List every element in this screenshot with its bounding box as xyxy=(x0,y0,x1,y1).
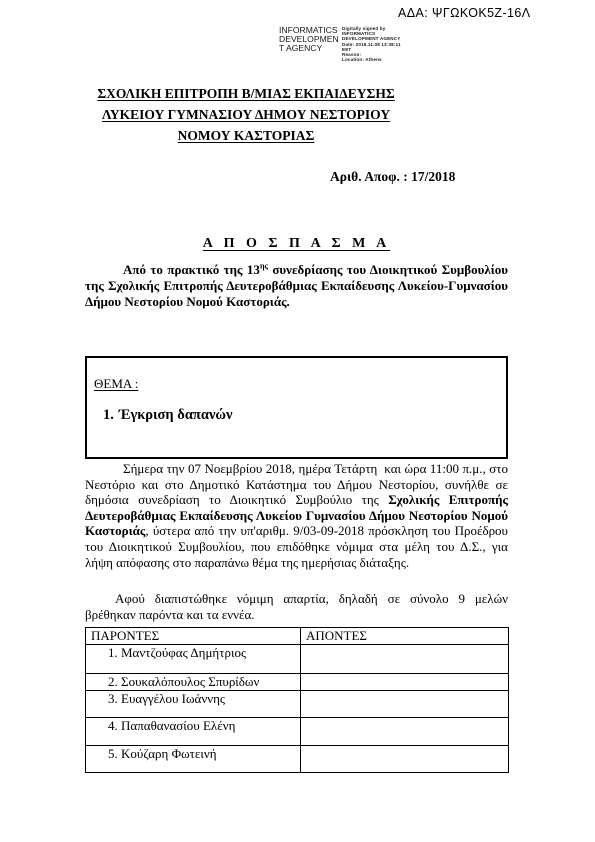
present-member-cell: 5. Κούζαρη Φωτεινή xyxy=(86,746,301,773)
attendance-row: 1. Μαντζούφας Δημήτριος xyxy=(86,645,509,674)
present-member-cell: 2. Σουκαλόπουλος Σπυρίδων xyxy=(86,674,301,691)
absent-member-cell xyxy=(301,746,509,773)
attendance-row: 3. Ευαγγέλου Ιωάννης xyxy=(86,691,509,718)
section-title: Α Π Ο Σ Π Α Σ Μ Α xyxy=(85,236,508,252)
present-column-header: ΠΑΡΟΝΤΕΣ xyxy=(86,628,301,645)
attendance-header-row: ΠΑΡΟΝΤΕΣ ΑΠΟΝΤΕΣ xyxy=(86,628,509,645)
attendance-row: 2. Σουκαλόπουλος Σπυρίδων xyxy=(86,674,509,691)
absent-member-cell xyxy=(301,718,509,746)
subject-box: ΘΕΜΑ : 1.Έγκριση δαπανών xyxy=(85,356,508,459)
absent-member-cell xyxy=(301,691,509,718)
ada-label: ΑΔΑ: xyxy=(398,6,428,20)
subject-item-number: 1. xyxy=(103,407,114,423)
attendance-row: 5. Κούζαρη Φωτεινή xyxy=(86,746,509,773)
stamp-signature-details: Digitally signed byINFORMATICSDEVELOPMEN… xyxy=(342,26,401,62)
excerpt-intro-paragraph: Από το πρακτικό της 13ης συνεδρίασης του… xyxy=(85,262,508,311)
attendance-table: ΠΑΡΟΝΤΕΣ ΑΠΟΝΤΕΣ 1. Μαντζούφας Δημήτριος… xyxy=(85,627,509,773)
organisation-header: ΣΧΟΛΙΚΗ ΕΠΙΤΡΟΠΗ Β/ΜΙΑΣ ΕΚΠΑΙΔΕΥΣΗΣ ΛΥΚΕ… xyxy=(80,83,412,146)
present-member-cell: 3. Ευαγγέλου Ιωάννης xyxy=(86,691,301,718)
absent-column-header: ΑΠΟΝΤΕΣ xyxy=(301,628,509,645)
absent-member-cell xyxy=(301,645,509,674)
document-page: ΑΔΑ: ΨΓΩΚΟΚ5Ζ-16Λ INFORMATICSDEVELOPMENT… xyxy=(0,0,595,842)
absent-member-cell xyxy=(301,674,509,691)
ada-code: ΨΓΩΚΟΚ5Ζ-16Λ xyxy=(432,6,531,20)
organisation-header-line: ΣΧΟΛΙΚΗ ΕΠΙΤΡΟΠΗ Β/ΜΙΑΣ ΕΚΠΑΙΔΕΥΣΗΣ xyxy=(80,83,412,104)
subject-label: ΘΕΜΑ : xyxy=(94,376,138,391)
session-details-paragraph: Σήμερα την 07 Νοεμβρίου 2018, ημέρα Τετά… xyxy=(85,461,508,570)
attendance-row: 4. Παπαθανασίου Ελένη xyxy=(86,718,509,746)
decision-number: Αριθ. Αποφ. : 17/2018 xyxy=(330,169,455,185)
organisation-header-line: ΛΥΚΕΙΟΥ ΓΥΜΝΑΣΙΟΥ ΔΗΜΟΥ ΝΕΣΤΟΡΙΟΥ xyxy=(80,104,412,125)
digital-signature-stamp: INFORMATICSDEVELOPMENT AGENCY Digitally … xyxy=(279,26,401,62)
present-member-cell: 4. Παπαθανασίου Ελένη xyxy=(86,718,301,746)
ordinal-superscript: ης xyxy=(260,262,268,271)
attendance-rows: 1. Μαντζούφας Δημήτριος2. Σουκαλόπουλος … xyxy=(86,645,509,773)
quorum-paragraph: Αφού διαπιστώθηκε νόμιμη απαρτία, δηλαδή… xyxy=(85,591,508,623)
subject-item: 1.Έγκριση δαπανών xyxy=(103,407,499,424)
subject-item-text: Έγκριση δαπανών xyxy=(119,407,233,423)
ada-code-line: ΑΔΑ: ΨΓΩΚΟΚ5Ζ-16Λ xyxy=(398,6,530,20)
present-member-cell: 1. Μαντζούφας Δημήτριος xyxy=(86,645,301,674)
organisation-header-line: ΝΟΜΟΥ ΚΑΣΤΟΡΙΑΣ xyxy=(80,125,412,146)
stamp-agency-name: INFORMATICSDEVELOPMENT AGENCY xyxy=(279,26,337,62)
